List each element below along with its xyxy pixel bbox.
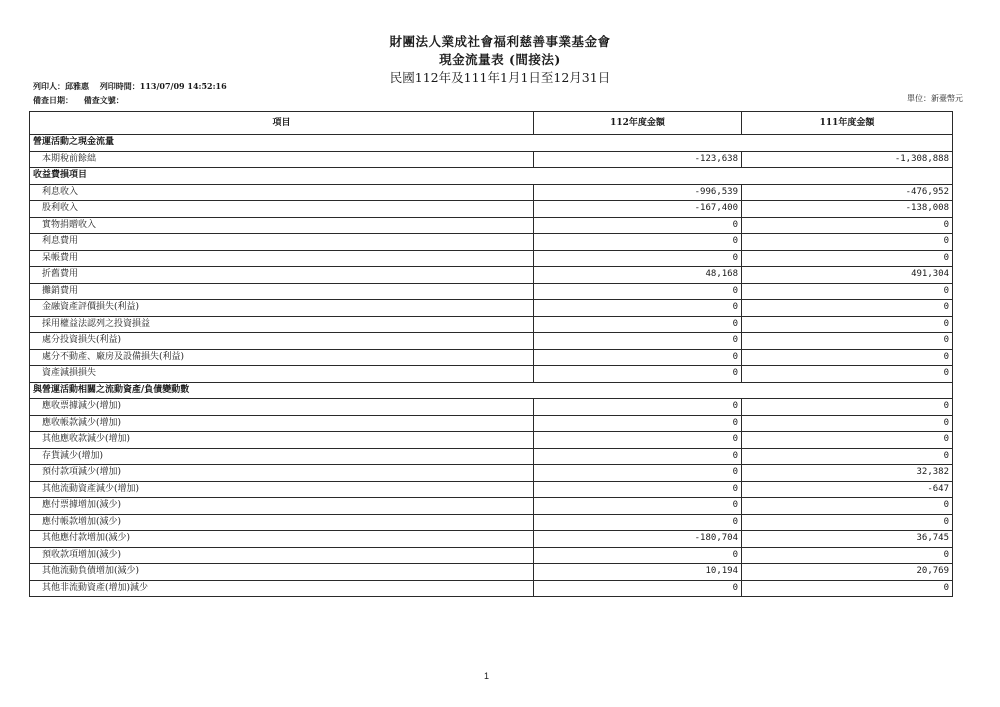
amount-111: 0 [742,349,953,366]
row-label: 本期稅前餘絀 [30,151,534,168]
amount-112: 0 [534,448,742,465]
amount-111: 0 [742,448,953,465]
amount-112: 0 [534,415,742,432]
report-header: 財團法人業成社會福利慈善事業基金會 現金流量表 (間接法) 民國112年及111… [0,33,1000,87]
amount-111: 491,304 [742,267,953,284]
table-row: 應付票據增加(減少)00 [30,498,953,515]
file-date-label: 備查日期： [33,95,73,105]
amount-111: -138,008 [742,201,953,218]
column-header-112: 112年度金額 [534,112,742,135]
row-label: 其他應收款減少(增加) [30,432,534,449]
amount-112: 48,168 [534,267,742,284]
amount-111: 0 [742,316,953,333]
table-row: 應收帳款減少(增加)00 [30,415,953,432]
currency-unit-label: 單位：新臺幣元 [907,93,963,104]
table-row: 處分不動產、廠房及設備損失(利益)00 [30,349,953,366]
column-header-item: 項目 [30,112,534,135]
table-row: 其他非流動資產(增加)減少00 [30,580,953,597]
amount-112: 0 [534,333,742,350]
table-row: 金融資產評價損失(利益)00 [30,300,953,317]
amount-112: 0 [534,498,742,515]
amount-111: -476,952 [742,184,953,201]
section-label: 收益費損項目 [30,168,953,185]
amount-112: 0 [534,349,742,366]
amount-111: 0 [742,514,953,531]
row-label: 其他流動資產減少(增加) [30,481,534,498]
row-label: 實物捐贈收入 [30,217,534,234]
amount-111: 0 [742,415,953,432]
row-label: 預付款項減少(增加) [30,465,534,482]
table-row: 其他應付款增加(減少)-180,70436,745 [30,531,953,548]
row-label: 應收票據減少(增加) [30,399,534,416]
amount-111: 0 [742,399,953,416]
table-row: 存貨減少(增加)00 [30,448,953,465]
amount-112: 0 [534,217,742,234]
amount-112: -996,539 [534,184,742,201]
amount-111: 0 [742,580,953,597]
row-label: 其他流動負債增加(減少) [30,564,534,581]
section-row: 收益費損項目 [30,168,953,185]
amount-112: 0 [534,465,742,482]
table-row: 其他應收款減少(增加)00 [30,432,953,449]
table-row: 呆帳費用00 [30,250,953,267]
amount-112: 0 [534,234,742,251]
amount-112: 0 [534,399,742,416]
amount-111: 0 [742,498,953,515]
table-row: 其他流動負債增加(減少)10,19420,769 [30,564,953,581]
table-header-row: 項目 112年度金額 111年度金額 [30,112,953,135]
amount-112: -123,638 [534,151,742,168]
amount-111: -1,308,888 [742,151,953,168]
table-row: 應付帳款增加(減少)00 [30,514,953,531]
row-label: 應收帳款減少(增加) [30,415,534,432]
amount-112: 10,194 [534,564,742,581]
org-name: 財團法人業成社會福利慈善事業基金會 [0,33,1000,51]
amount-112: 0 [534,547,742,564]
amount-112: 0 [534,366,742,383]
amount-112: -167,400 [534,201,742,218]
table-row: 處分投資損失(利益)00 [30,333,953,350]
amount-111: 0 [742,333,953,350]
table-row: 應收票據減少(增加)00 [30,399,953,416]
row-label: 呆帳費用 [30,250,534,267]
table-row: 其他流動資產減少(增加)0-647 [30,481,953,498]
row-label: 折舊費用 [30,267,534,284]
row-label: 採用權益法認列之投資損益 [30,316,534,333]
amount-112: 0 [534,432,742,449]
amount-111: 0 [742,234,953,251]
table-row: 折舊費用48,168491,304 [30,267,953,284]
amount-111: 36,745 [742,531,953,548]
amount-112: 0 [534,481,742,498]
row-label: 其他非流動資產(增加)減少 [30,580,534,597]
printer-label: 列印人：邱雅惠 [33,81,89,91]
row-label: 處分不動產、廠房及設備損失(利益) [30,349,534,366]
table-row: 利息收入-996,539-476,952 [30,184,953,201]
table-body: 營運活動之現金流量本期稅前餘絀-123,638-1,308,888收益費損項目利… [30,135,953,597]
table-row: 本期稅前餘絀-123,638-1,308,888 [30,151,953,168]
table-row: 股利收入-167,400-138,008 [30,201,953,218]
row-label: 其他應付款增加(減少) [30,531,534,548]
table-row: 預付款項減少(增加)032,382 [30,465,953,482]
amount-111: 0 [742,432,953,449]
file-no-label: 備查文號： [84,95,124,105]
table-row: 採用權益法認列之投資損益00 [30,316,953,333]
amount-111: -647 [742,481,953,498]
amount-111: 0 [742,250,953,267]
amount-111: 0 [742,300,953,317]
amount-111: 0 [742,283,953,300]
print-info: 列印人：邱雅惠 列印時間：113/07/09 14:52:16 [33,81,227,92]
amount-112: 0 [534,580,742,597]
amount-112: 0 [534,316,742,333]
column-header-111: 111年度金額 [742,112,953,135]
amount-112: 0 [534,300,742,317]
row-label: 股利收入 [30,201,534,218]
section-row: 與營運活動相關之流動資產/負債變動數 [30,382,953,399]
amount-112: -180,704 [534,531,742,548]
section-label: 營運活動之現金流量 [30,135,953,152]
table-row: 資產減損損失00 [30,366,953,383]
page-number: 1 [484,671,489,681]
print-time-label: 列印時間：113/07/09 14:52:16 [100,81,227,91]
row-label: 應付票據增加(減少) [30,498,534,515]
row-label: 預收款項增加(減少) [30,547,534,564]
row-label: 存貨減少(增加) [30,448,534,465]
filing-info: 備查日期： 備查文號： [33,95,124,106]
amount-112: 0 [534,250,742,267]
cash-flow-table: 項目 112年度金額 111年度金額 營運活動之現金流量本期稅前餘絀-123,6… [29,111,953,597]
amount-112: 0 [534,283,742,300]
row-label: 處分投資損失(利益) [30,333,534,350]
amount-111: 0 [742,217,953,234]
row-label: 應付帳款增加(減少) [30,514,534,531]
table-row: 攤銷費用00 [30,283,953,300]
row-label: 利息費用 [30,234,534,251]
section-label: 與營運活動相關之流動資產/負債變動數 [30,382,953,399]
section-row: 營運活動之現金流量 [30,135,953,152]
amount-111: 20,769 [742,564,953,581]
row-label: 攤銷費用 [30,283,534,300]
row-label: 資產減損損失 [30,366,534,383]
amount-112: 0 [534,514,742,531]
row-label: 金融資產評價損失(利益) [30,300,534,317]
amount-111: 32,382 [742,465,953,482]
row-label: 利息收入 [30,184,534,201]
report-title: 現金流量表 (間接法) [0,51,1000,69]
amount-111: 0 [742,547,953,564]
table-row: 實物捐贈收入00 [30,217,953,234]
table-row: 預收款項增加(減少)00 [30,547,953,564]
table-row: 利息費用00 [30,234,953,251]
amount-111: 0 [742,366,953,383]
